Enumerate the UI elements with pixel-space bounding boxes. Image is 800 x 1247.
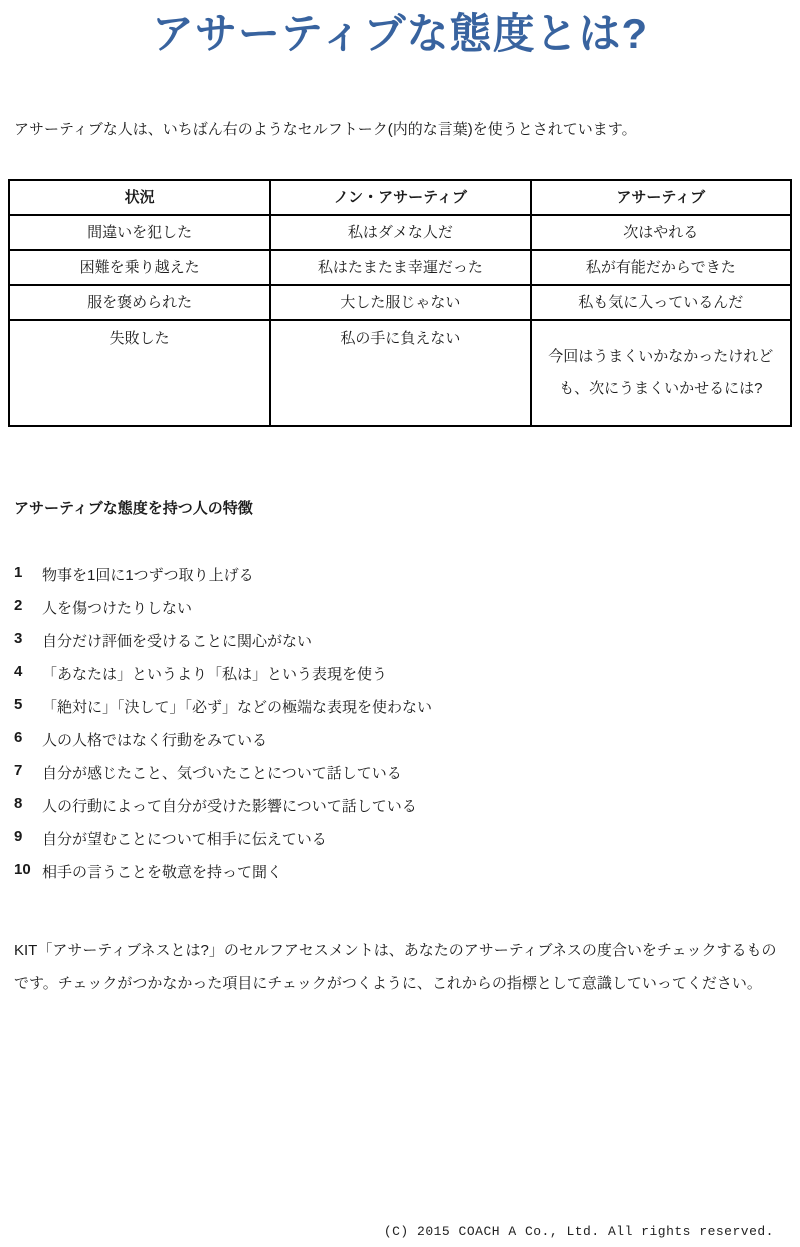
feature-item: 7 自分が感じたこと、気づいたことについて話している [14, 762, 800, 795]
feature-text: 「あなたは」というより「私は」という表現を使う [42, 663, 800, 684]
table-row: 服を褒められた 大した服じゃない 私も気に入っているんだ [9, 285, 791, 320]
feature-number: 1 [14, 564, 42, 581]
feature-item: 8 人の行動によって自分が受けた影響について話している [14, 795, 800, 828]
table-cell: 私の手に負えない [270, 320, 530, 426]
selftalk-table: 状況 ノン・アサーティブ アサーティブ 間違いを犯した 私はダメな人だ 次はやれ… [8, 179, 792, 427]
feature-item: 10 相手の言うことを敬意を持って聞く [14, 861, 800, 894]
feature-item: 6 人の人格ではなく行動をみている [14, 729, 800, 762]
table-cell: 次はやれる [531, 215, 791, 250]
feature-item: 2 人を傷つけたりしない [14, 597, 800, 630]
feature-item: 9 自分が望むことについて相手に伝えている [14, 828, 800, 861]
copyright-footer: (C) 2015 COACH A Co., Ltd. All rights re… [384, 1224, 774, 1239]
table-cell: 私はたまたま幸運だった [270, 250, 530, 285]
table-row: 困難を乗り越えた 私はたまたま幸運だった 私が有能だからできた [9, 250, 791, 285]
feature-number: 4 [14, 663, 42, 680]
feature-number: 8 [14, 795, 42, 812]
feature-text: 人を傷つけたりしない [42, 597, 800, 618]
table-cell: 困難を乗り越えた [9, 250, 270, 285]
features-heading: アサーティブな態度を持つ人の特徴 [14, 497, 800, 518]
table-cell: 私はダメな人だ [270, 215, 530, 250]
header-cell-non-assertive: ノン・アサーティブ [270, 180, 530, 215]
closing-paragraph: KIT「アサーティブネスとは?」のセルフアセスメントは、あなたのアサーティブネス… [14, 934, 784, 1000]
table-row: 失敗した 私の手に負えない 今回はうまくいかなかったけれども、次にうまくいかせる… [9, 320, 791, 426]
features-list: 1 物事を1回に1つずつ取り上げる 2 人を傷つけたりしない 3 自分だけ評価を… [14, 564, 800, 894]
feature-text: 「絶対に」「決して」「必ず」などの極端な表現を使わない [42, 696, 800, 717]
table-cell: 今回はうまくいかなかったけれども、次にうまくいかせるには? [531, 320, 791, 426]
header-cell-assertive: アサーティブ [531, 180, 791, 215]
feature-number: 2 [14, 597, 42, 614]
feature-text: 相手の言うことを敬意を持って聞く [42, 861, 800, 882]
table-cell: 失敗した [9, 320, 270, 426]
feature-number: 10 [14, 861, 42, 878]
feature-text: 自分だけ評価を受けることに関心がない [42, 630, 800, 651]
table-cell: 大した服じゃない [270, 285, 530, 320]
header-cell-situation: 状況 [9, 180, 270, 215]
feature-text: 物事を1回に1つずつ取り上げる [42, 564, 800, 585]
feature-number: 9 [14, 828, 42, 845]
feature-item: 1 物事を1回に1つずつ取り上げる [14, 564, 800, 597]
table-cell: 私も気に入っているんだ [531, 285, 791, 320]
feature-item: 4 「あなたは」というより「私は」という表現を使う [14, 663, 800, 696]
intro-text: アサーティブな人は、いちばん右のようなセルフトーク(内的な言葉)を使うとされてい… [14, 119, 800, 142]
table-cell: 間違いを犯した [9, 215, 270, 250]
feature-item: 5 「絶対に」「決して」「必ず」などの極端な表現を使わない [14, 696, 800, 729]
feature-text: 人の人格ではなく行動をみている [42, 729, 800, 750]
table-header-row: 状況 ノン・アサーティブ アサーティブ [9, 180, 791, 215]
feature-text: 自分が望むことについて相手に伝えている [42, 828, 800, 849]
feature-number: 3 [14, 630, 42, 647]
feature-item: 3 自分だけ評価を受けることに関心がない [14, 630, 800, 663]
feature-text: 自分が感じたこと、気づいたことについて話している [42, 762, 800, 783]
feature-number: 7 [14, 762, 42, 779]
table-row: 間違いを犯した 私はダメな人だ 次はやれる [9, 215, 791, 250]
page-title: アサーティブな態度とは? [0, 6, 800, 63]
feature-number: 6 [14, 729, 42, 746]
feature-number: 5 [14, 696, 42, 713]
table-cell: 服を褒められた [9, 285, 270, 320]
table-cell: 私が有能だからできた [531, 250, 791, 285]
document-page: { "page": { "title": "アサーティブな態度とは?", "in… [0, 0, 800, 1247]
feature-text: 人の行動によって自分が受けた影響について話している [42, 795, 800, 816]
